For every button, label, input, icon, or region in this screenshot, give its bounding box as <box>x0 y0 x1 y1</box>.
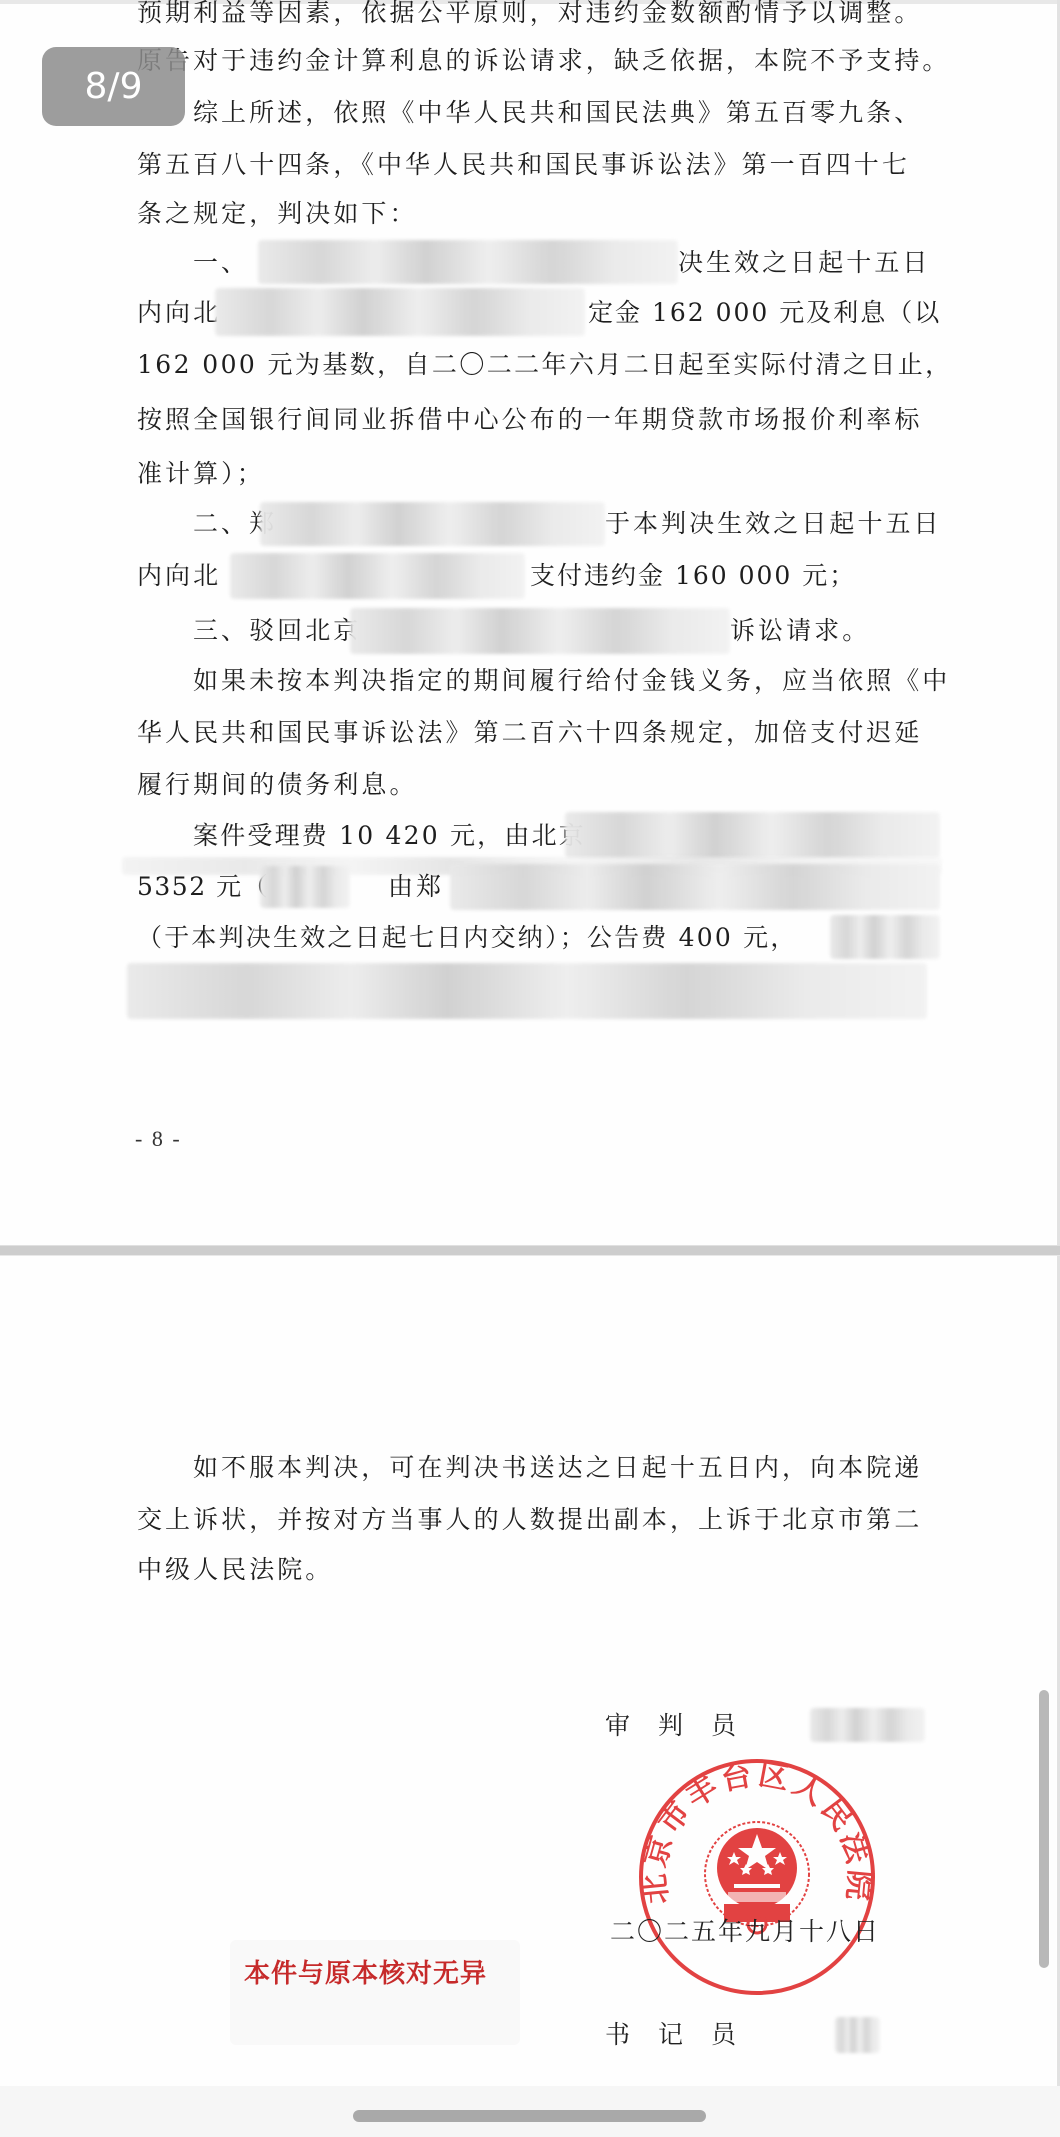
vertical-scrollbar[interactable] <box>1039 1690 1049 1968</box>
redacted-region <box>215 288 585 336</box>
page-separator <box>0 1245 1060 1256</box>
text-line: 定金 162 000 元及利息（以 <box>588 296 938 330</box>
judgment-date: 二〇二五年九月十八日 <box>610 1912 880 1948</box>
document-page-9 <box>0 1256 1056 2086</box>
page-indicator-badge: 8/9 <box>42 47 185 126</box>
text-line: 交上诉状，并按对方当事人的人数提出副本，上诉于北京市第二 <box>137 1503 927 1537</box>
redacted-region <box>350 608 730 654</box>
text-line: 于本判决生效之日起十五日 <box>605 507 935 541</box>
text-line: 中级人民法院。 <box>137 1553 927 1587</box>
text-line: 决生效之日起十五日 <box>678 246 938 280</box>
text-line: 华人民共和国民事诉讼法》第二百六十四条规定，加倍支付迟延 <box>137 716 927 750</box>
text-line: 预期利益等因素，依据公平原则，对违约金数额酌情予以调整。 <box>137 0 927 30</box>
text-line: 第五百八十四条，《中华人民共和国民事诉讼法》第一百四十七 <box>137 148 927 182</box>
redacted-region <box>450 864 940 910</box>
text-line: 综上所述，依照《中华人民共和国民法典》第五百零九条、 <box>193 96 927 130</box>
text-line: 诉讼请求。 <box>730 614 930 648</box>
text-line: （于本判决生效之日起七日内交纳）；公告费 400 元， <box>137 921 927 955</box>
page-number: - 8 - <box>135 1126 182 1152</box>
text-line: 原告对于违约金计算利息的诉讼请求，缺乏依据，本院不予支持。 <box>137 44 927 78</box>
redacted-judge-name <box>810 1708 925 1742</box>
certified-copy-stamp: 本件与原本核对无异 <box>244 1953 487 1990</box>
text-line: 准计算）； <box>137 457 927 491</box>
text-line: 按照全国银行间同业拆借中心公布的一年期贷款市场报价利率标 <box>137 403 927 437</box>
text-line: 条之规定，判决如下： <box>137 197 927 231</box>
clerk-label: 书记员 <box>605 2015 764 2051</box>
text-line: 支付违约金 160 000 元； <box>530 559 930 593</box>
redacted-region <box>258 240 678 284</box>
text-line: 162 000 元为基数，自二〇二二年六月二日起至实际付清之日止， <box>137 348 927 382</box>
text-line: 履行期间的债务利息。 <box>137 768 927 802</box>
redacted-region <box>230 553 525 599</box>
home-indicator[interactable] <box>353 2110 706 2122</box>
court-seal-icon: 北京市丰台区人民法院 <box>636 1756 878 1998</box>
redacted-clerk-name <box>835 2017 880 2053</box>
redacted-region <box>260 866 350 908</box>
redacted-region <box>565 812 940 858</box>
redacted-region <box>830 915 940 959</box>
judge-label: 审判员 <box>605 1706 764 1742</box>
redacted-region <box>260 502 605 546</box>
text-line: 如不服本判决，可在判决书送达之日起十五日内，向本院递 <box>193 1451 927 1485</box>
text-line: 如果未按本判决指定的期间履行给付金钱义务，应当依照《中 <box>193 664 927 698</box>
redacted-region <box>127 963 927 1019</box>
